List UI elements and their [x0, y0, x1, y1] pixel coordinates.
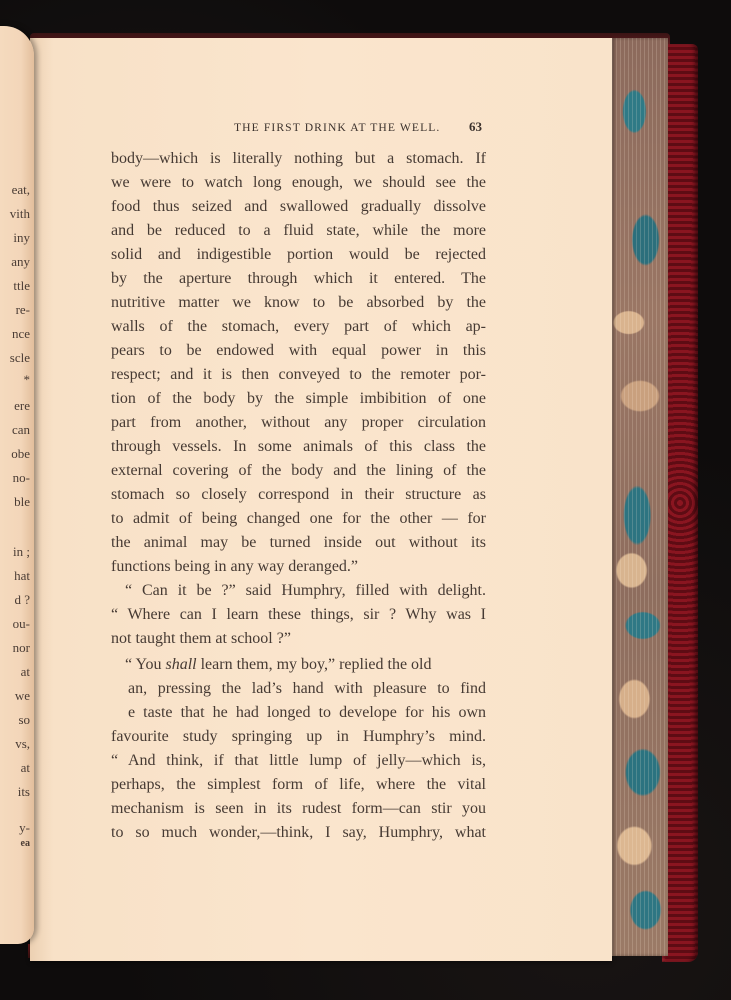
- left-fragment: ble: [14, 495, 30, 508]
- text-line: solid and indigestible portion would be …: [111, 247, 486, 263]
- left-fragment: nce: [12, 327, 30, 340]
- text-span: “ You: [125, 656, 165, 673]
- left-fragment: vs,: [15, 737, 30, 750]
- left-fragment: at: [21, 761, 30, 774]
- text-line: body—which is literally nothing but a st…: [111, 151, 486, 167]
- left-fragment: *: [24, 373, 31, 386]
- page-number: 63: [469, 119, 482, 135]
- text-line: mechanism is seen in its rudest form—can…: [111, 801, 486, 817]
- left-fragment: vith: [10, 207, 30, 220]
- left-fragment: re-: [16, 303, 30, 316]
- text-line: walls of the stomach, every part of whic…: [111, 319, 486, 335]
- text-line: respect; and it is then conveyed to the …: [111, 367, 486, 383]
- text-line: “ Where can I learn these things, sir ? …: [111, 607, 486, 623]
- text-line: by the aperture through which it entered…: [111, 271, 486, 287]
- text-line: food thus seized and swallowed gradually…: [111, 199, 486, 215]
- text-line: nutritive matter we know to be absorbed …: [111, 295, 486, 311]
- text-line: not taught them at school ?”: [111, 631, 486, 647]
- left-fragment: we: [15, 689, 30, 702]
- left-fragment: d ?: [14, 593, 30, 606]
- text-line: part from another, without any proper ci…: [111, 415, 486, 431]
- left-page-edge: eat, vith iny any ttle re- nce scle * er…: [0, 26, 34, 944]
- left-fragment: in ;: [13, 545, 30, 558]
- left-fragment: any: [11, 255, 30, 268]
- left-fragment: so: [18, 713, 30, 726]
- marbled-fore-edge: [612, 38, 668, 956]
- left-fragment: iny: [13, 231, 30, 244]
- text-line: “ You shall learn them, my boy,” replied…: [125, 657, 486, 673]
- left-fragment: hat: [14, 569, 30, 582]
- text-line: e taste that he had longed to develope f…: [128, 705, 486, 721]
- left-fragment: y-: [19, 821, 30, 834]
- text-line: we were to watch long enough, we should …: [111, 175, 486, 191]
- text-line: pears to be endowed with equal power in …: [111, 343, 486, 359]
- left-fragment: ou-: [13, 617, 30, 630]
- text-line: perhaps, the simplest form of life, wher…: [111, 777, 486, 793]
- text-line: favourite study springing up in Humphry’…: [111, 729, 486, 745]
- left-fragment: can: [12, 423, 30, 436]
- text-line: “ And think, if that little lump of jell…: [111, 753, 486, 769]
- text-line: an, pressing the lad’s hand with pleasur…: [128, 681, 486, 697]
- left-fragment: ere: [14, 399, 30, 412]
- left-fragment: no-: [13, 471, 30, 484]
- left-fragment: ttle: [13, 279, 30, 292]
- left-fragment: scle: [10, 351, 30, 364]
- text-line: to so much wonder,—think, I say, Humphry…: [111, 825, 486, 841]
- left-fragment: ea: [21, 839, 30, 849]
- text-line: tion of the body by the simple imbibitio…: [111, 391, 486, 407]
- text-span: learn them, my boy,” replied the old: [197, 656, 432, 673]
- text-line: stomach so closely correspond in their s…: [111, 487, 486, 503]
- text-line: the animal may be turned inside out with…: [111, 535, 486, 551]
- text-line: through vessels. In some animals of this…: [111, 439, 486, 455]
- left-fragment: its: [18, 785, 30, 798]
- text-line: “ Can it be ?” said Humphry, filled with…: [125, 583, 486, 599]
- text-line: and be reduced to a fluid state, while t…: [111, 223, 486, 239]
- left-fragment: nor: [13, 641, 30, 654]
- left-fragment: eat,: [12, 183, 30, 196]
- text-line: to admit of being changed one for the ot…: [111, 511, 486, 527]
- text-line: functions being in any way deranged.”: [111, 559, 486, 575]
- text-line: external covering of the body and the li…: [111, 463, 486, 479]
- left-fragment: obe: [11, 447, 30, 460]
- italic-emphasis: shall: [165, 656, 196, 673]
- running-head: THE FIRST DRINK AT THE WELL.: [234, 121, 496, 134]
- left-fragment: at: [21, 665, 30, 678]
